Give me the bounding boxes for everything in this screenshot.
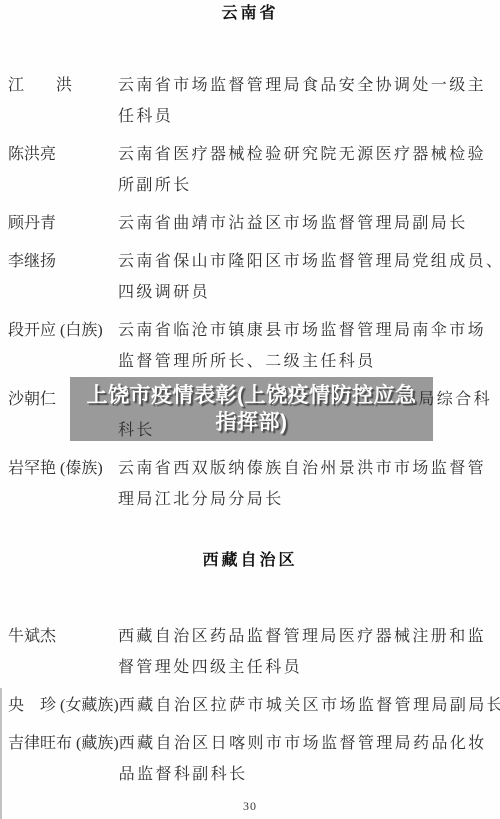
- description-line: 云南省西双版纳傣族自治州景洪市市场监督管: [118, 453, 492, 484]
- entry-description: 西藏自治区日喀则市市场监督管理局药品化妆 品监督科副科长: [119, 728, 492, 790]
- section-title-yunnan: 云南省: [8, 4, 492, 24]
- yunnan-entry-list: 江 洪 云南省市场监督管理局食品安全协调处一级主 任科员 陈洪亮 云南省医疗器械…: [8, 70, 492, 515]
- entry-name: 顾丹青: [8, 208, 118, 239]
- description-line: 任科员: [118, 101, 492, 132]
- entry-description: 云南省临沧市镇康县市场监督管理局南伞市场 监督管理所所长、二级主任科员: [118, 315, 492, 377]
- description-line: 西藏自治区药品监督管理局医疗器械注册和监: [118, 621, 492, 652]
- description-line: 理局江北分局分局长: [118, 484, 492, 515]
- description-line: 所副所长: [118, 170, 492, 201]
- entry-name: 李继扬: [8, 246, 118, 308]
- description-line: 西藏自治区拉萨市城关区市场监督管理局副局长: [119, 690, 492, 721]
- entry-description: 云南省保山市隆阳区市场监督管理局党组成员、 四级调研员: [118, 246, 492, 308]
- description-line: 四级调研员: [118, 277, 492, 308]
- entry-description: 云南省西双版纳傣族自治州景洪市市场监督管 理局江北分局分局长: [118, 453, 492, 515]
- entry-name: 陈洪亮: [8, 139, 118, 201]
- entry-name: 段开应 (白族): [8, 315, 118, 377]
- table-row: 李继扬 云南省保山市隆阳区市场监督管理局党组成员、 四级调研员: [8, 246, 492, 308]
- entry-name: 央 珍 (女藏族): [8, 690, 119, 721]
- table-row: 顾丹青 云南省曲靖市沾益区市场监督管理局副局长: [8, 208, 492, 239]
- entry-description: 云南省医疗器械检验研究院无源医疗器械检验 所副所长: [118, 139, 492, 201]
- entry-description: 西藏自治区药品监督管理局医疗器械注册和监 督管理处四级主任科员: [118, 621, 492, 683]
- table-row: 央 珍 (女藏族) 西藏自治区拉萨市城关区市场监督管理局副局长: [8, 690, 492, 721]
- watermark-banner-line2: 指挥部): [216, 409, 288, 436]
- entry-description: 西藏自治区拉萨市城关区市场监督管理局副局长: [119, 690, 492, 721]
- page-number: 30: [0, 799, 500, 814]
- description-line: 云南省临沧市镇康县市场监督管理局南伞市场: [118, 315, 492, 346]
- table-row: 江 洪 云南省市场监督管理局食品安全协调处一级主 任科员: [8, 70, 492, 132]
- scan-edge-artifact: [0, 688, 2, 819]
- entry-name: 江 洪: [8, 70, 118, 132]
- section-title-tibet: 西藏自治区: [8, 551, 492, 571]
- document-page: 云南省 江 洪 云南省市场监督管理局食品安全协调处一级主 任科员 陈洪亮 云南省…: [0, 0, 500, 819]
- table-row: 陈洪亮 云南省医疗器械检验研究院无源医疗器械检验 所副所长: [8, 139, 492, 201]
- description-line: 云南省曲靖市沾益区市场监督管理局副局长: [118, 208, 492, 239]
- watermark-banner: 上饶市疫情表彰(上饶疫情防控应急 指挥部): [64, 377, 439, 441]
- description-line: 云南省保山市隆阳区市场监督管理局党组成员、: [118, 246, 492, 277]
- description-line: 品监督科副科长: [119, 759, 492, 790]
- description-line: 云南省市场监督管理局食品安全协调处一级主: [118, 70, 492, 101]
- description-line: 监督管理所所长、二级主任科员: [118, 346, 492, 377]
- table-row: 岩罕艳 (傣族) 云南省西双版纳傣族自治州景洪市市场监督管 理局江北分局分局长: [8, 453, 492, 515]
- watermark-banner-line1: 上饶市疫情表彰(上饶疫情防控应急: [87, 382, 417, 409]
- table-row: 吉律旺布 (藏族) 西藏自治区日喀则市市场监督管理局药品化妆 品监督科副科长: [8, 728, 492, 790]
- description-line: 督管理处四级主任科员: [118, 652, 492, 683]
- entry-name: 吉律旺布 (藏族): [8, 728, 119, 790]
- table-row: 段开应 (白族) 云南省临沧市镇康县市场监督管理局南伞市场 监督管理所所长、二级…: [8, 315, 492, 377]
- entry-description: 云南省市场监督管理局食品安全协调处一级主 任科员: [118, 70, 492, 132]
- entry-description: 云南省曲靖市沾益区市场监督管理局副局长: [118, 208, 492, 239]
- description-line: 云南省医疗器械检验研究院无源医疗器械检验: [118, 139, 492, 170]
- table-row: 牛斌杰 西藏自治区药品监督管理局医疗器械注册和监 督管理处四级主任科员: [8, 621, 492, 683]
- entry-name: 牛斌杰: [8, 621, 118, 683]
- description-line: 西藏自治区日喀则市市场监督管理局药品化妆: [119, 728, 492, 759]
- tibet-entry-list: 牛斌杰 西藏自治区药品监督管理局医疗器械注册和监 督管理处四级主任科员 央 珍 …: [8, 621, 492, 790]
- entry-name: 岩罕艳 (傣族): [8, 453, 118, 515]
